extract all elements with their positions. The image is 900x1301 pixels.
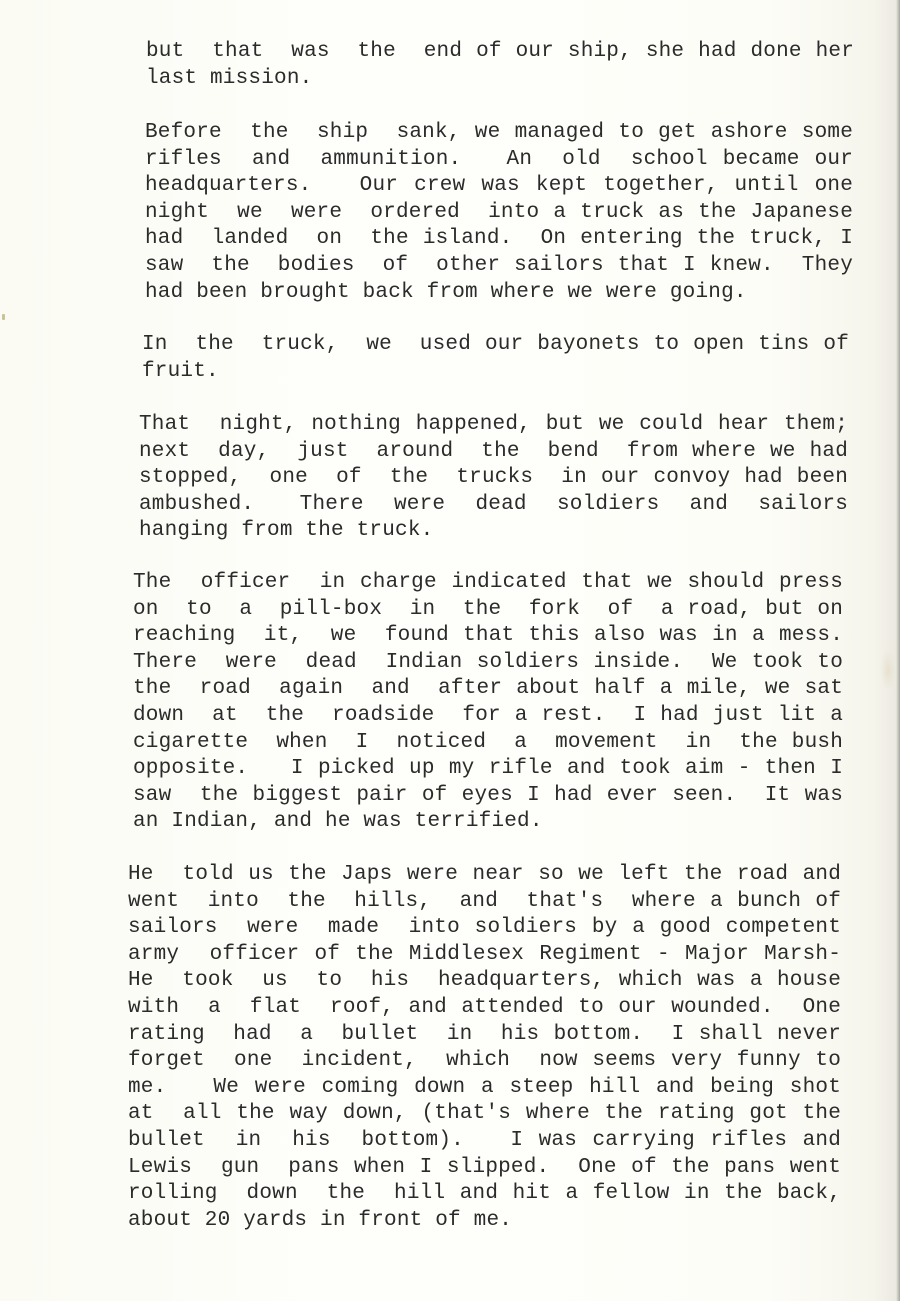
scanned-page: but that was the end of our ship, she ha… [0, 0, 900, 1301]
scan-speck [2, 314, 5, 320]
text-line: reaching it, we found that this also was… [133, 623, 843, 650]
text-line: He took us to his headquarters, which wa… [128, 968, 841, 995]
text-line: next day, just around the bend from wher… [139, 439, 848, 466]
paragraph-4: That night, nothing happened, but we cou… [139, 412, 848, 545]
text-line: down at the roadside for a rest. I had j… [133, 703, 843, 730]
text-line: Lewis gun pans when I slipped. One of th… [128, 1155, 841, 1182]
text-line: about 20 yards in front of me. [128, 1208, 841, 1235]
text-line: stopped, one of the trucks in our convoy… [139, 465, 848, 492]
text-line: bullet in his bottom). I was carrying ri… [128, 1128, 841, 1155]
text-line: last mission. [146, 66, 854, 93]
text-line: sailors were made into soldiers by a goo… [128, 915, 841, 942]
text-line: at all the way down, (that's where the r… [128, 1101, 841, 1128]
text-line: fruit. [142, 359, 849, 386]
text-line: That night, nothing happened, but we cou… [139, 412, 848, 439]
text-line: In the truck, we used our bayonets to op… [142, 332, 849, 359]
text-line: opposite. I picked up my rifle and took … [133, 756, 843, 783]
text-line: headquarters. Our crew was kept together… [145, 173, 853, 200]
text-line: rifles and ammunition. An old school bec… [145, 147, 853, 174]
text-line: went into the hills, and that's where a … [128, 889, 841, 916]
text-line: saw the bodies of other sailors that I k… [145, 253, 853, 280]
text-line: saw the biggest pair of eyes I had ever … [133, 783, 843, 810]
text-line: night we were ordered into a truck as th… [145, 200, 853, 227]
text-line: army officer of the Middlesex Regiment -… [128, 942, 841, 969]
text-line: on to a pill-box in the fork of a road, … [133, 597, 843, 624]
paragraph-5: The officer in charge indicated that we … [133, 570, 843, 836]
text-line: hanging from the truck. [139, 518, 848, 545]
text-line: forget one incident, which now seems ver… [128, 1048, 841, 1075]
text-line: had been brought back from where we were… [145, 280, 853, 307]
text-line: me. We were coming down a steep hill and… [128, 1075, 841, 1102]
page-edge-shadow [896, 0, 900, 1301]
paragraph-1: but that was the end of our ship, she ha… [146, 39, 854, 92]
paragraph-6: He told us the Japs were near so we left… [128, 862, 841, 1234]
text-line: cigarette when I noticed a movement in t… [133, 730, 843, 757]
text-line: Before the ship sank, we managed to get … [145, 120, 853, 147]
text-line: ambushed. There were dead soldiers and s… [139, 492, 848, 519]
text-line: but that was the end of our ship, she ha… [146, 39, 854, 66]
text-line: the road again and after about half a mi… [133, 676, 843, 703]
text-line: with a flat roof, and attended to our wo… [128, 995, 841, 1022]
text-line: The officer in charge indicated that we … [133, 570, 843, 597]
text-line: an Indian, and he was terrified. [133, 809, 843, 836]
text-line: rolling down the hill and hit a fellow i… [128, 1181, 841, 1208]
paragraph-3: In the truck, we used our bayonets to op… [142, 332, 849, 385]
text-line: He told us the Japs were near so we left… [128, 862, 841, 889]
text-line: There were dead Indian soldiers inside. … [133, 650, 843, 677]
text-line: rating had a bullet in his bottom. I sha… [128, 1022, 841, 1049]
text-line: had landed on the island. On entering th… [145, 226, 853, 253]
paper-stain [880, 650, 896, 690]
paragraph-2: Before the ship sank, we managed to get … [145, 120, 853, 306]
